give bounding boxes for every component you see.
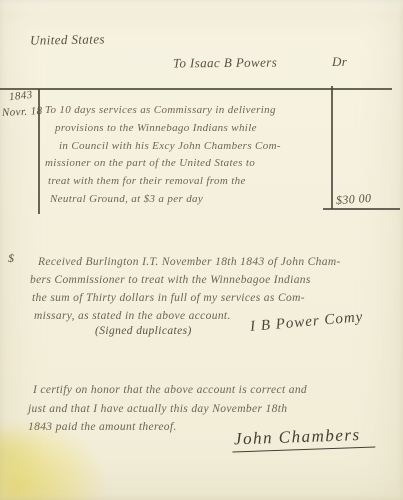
amount-underline (323, 208, 400, 210)
document-scan: United States To Isaac B Powers Dr 1843 … (0, 0, 403, 500)
certification-line: I certify on honor that the above accoun… (33, 381, 307, 400)
ledger-entry-line: missioner on the part of the United Stat… (45, 155, 330, 173)
header-payee: To Isaac B Powers (173, 55, 277, 72)
table-top-rule (0, 88, 392, 90)
ledger-entry-line: treat with them for their removal from t… (48, 173, 330, 191)
certification-signature: John Chambers (232, 425, 375, 453)
ledger-entry-line: To 10 days services as Commissary in del… (45, 102, 330, 120)
ledger-entry-line: in Council with his Excy John Chambers C… (59, 138, 330, 156)
certification-line: just and that I have actually this day N… (28, 400, 307, 419)
receipt-line: the sum of Thirty dollars in full of my … (32, 289, 341, 307)
receipt-line: bers Commissioner to treat with the Winn… (30, 271, 341, 289)
receipt-duplicate-note: (Signed duplicates) (95, 325, 192, 337)
header-debtor: United States (30, 31, 105, 48)
entry-date-year: 1843 (8, 89, 33, 103)
receipt-line: Received Burlington I.T. November 18th 1… (38, 253, 341, 271)
entry-date-day: Novr. 18 (2, 105, 43, 119)
table-amount-column-rule (331, 86, 333, 209)
ledger-entry: To 10 days services as Commissary in del… (45, 102, 330, 209)
receipt-margin-mark: $ (8, 251, 14, 266)
header-dr-abbreviation: Dr (332, 54, 347, 70)
amount-value: $30 00 (336, 191, 372, 208)
ledger-entry-line: provisions to the Winnebago Indians whil… (55, 120, 330, 138)
ledger-entry-line: Neutral Ground, at $3 a per day (50, 191, 330, 209)
